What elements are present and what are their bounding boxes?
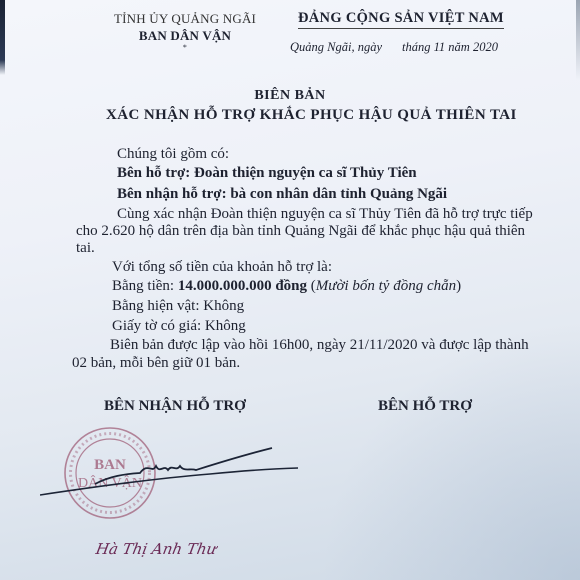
- org-line1: TỈNH ỦY QUẢNG NGÃI: [110, 11, 260, 27]
- supporter-line: Bên hỗ trợ: Đoàn thiện nguyện ca sĩ Thủy…: [117, 165, 417, 182]
- recipient-line: Bên nhận hỗ trợ: bà con nhân dân tỉnh Qu…: [117, 186, 447, 203]
- confirm-line-1: Cùng xác nhận Đoàn thiện nguyện ca sĩ Th…: [117, 206, 533, 223]
- total-intro: Với tổng số tiền của khoản hỗ trợ là:: [112, 259, 332, 276]
- party-name: ĐẢNG CỘNG SẢN VIỆT NAM: [298, 10, 504, 29]
- photo-shadow: [320, 320, 580, 580]
- issuing-organization: TỈNH ỦY QUẢNG NGÃI BAN DÂN VẬN *: [110, 11, 260, 52]
- paren-open: (: [307, 278, 316, 294]
- document-title: BIÊN BẢN: [0, 88, 580, 104]
- securities-line: Giấy tờ có giá: Không: [112, 318, 246, 335]
- record-line-2: 02 bản, mỗi bên giữ 01 bản.: [72, 355, 240, 372]
- place-date: Quảng Ngãi, ngàytháng 11 năm 2020: [290, 40, 498, 55]
- intro-text: Chúng tôi gồm có:: [117, 146, 229, 163]
- cash-label: Bằng tiền:: [112, 278, 178, 294]
- cash-in-words: Mười bốn tỷ đồng chẵn: [316, 278, 456, 294]
- handwritten-signature-icon: [40, 440, 300, 520]
- org-line2: BAN DÂN VẬN: [110, 28, 260, 44]
- org-mark: *: [110, 43, 260, 52]
- recipient-signature-title: BÊN NHẬN HỖ TRỢ: [104, 398, 246, 415]
- cash-line: Bằng tiền: 14.000.000.000 đồng (Mười bốn…: [112, 278, 461, 295]
- photo-edge-right: [576, 0, 580, 80]
- place-date-suffix: tháng 11 năm 2020: [402, 40, 498, 54]
- supporter-signature-title: BÊN HỖ TRỢ: [378, 398, 472, 415]
- confirm-line-3: tai.: [76, 240, 95, 257]
- photo-edge-left: [0, 0, 5, 75]
- signer-name: Hà Thị Anh Thư: [94, 540, 217, 558]
- in-kind-line: Bằng hiện vật: Không: [112, 298, 244, 315]
- record-line-1: Biên bản được lập vào hồi 16h00, ngày 21…: [110, 337, 529, 354]
- paren-close: ): [456, 278, 461, 294]
- place-date-prefix: Quảng Ngãi, ngày: [290, 40, 382, 54]
- confirm-line-2: cho 2.620 hộ dân trên địa bàn tỉnh Quảng…: [76, 223, 525, 240]
- document-subtitle: XÁC NHẬN HỖ TRỢ KHẮC PHỤC HẬU QUẢ THIÊN …: [106, 107, 517, 124]
- cash-amount: 14.000.000.000 đồng: [178, 278, 307, 294]
